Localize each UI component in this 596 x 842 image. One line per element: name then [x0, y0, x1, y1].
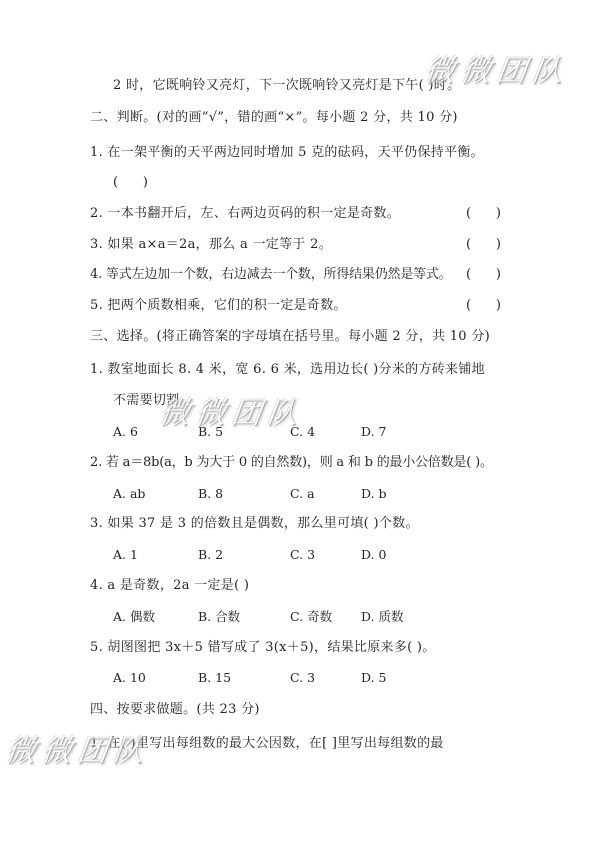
choice-3-option-a: A. 1	[113, 547, 138, 563]
choice-2-option-a: A. ab	[113, 486, 145, 502]
section-3-heading: 三、选择。(将正确答案的字母填在括号里。每小题 2 分，共 10 分)	[90, 329, 490, 345]
choice-5-option-a: A. 10	[113, 670, 146, 686]
judge-item-4-blank: ( )	[466, 267, 501, 283]
watermark-bottom-left: 微微团队	[3, 726, 153, 770]
choice-5-option-c: C. 3	[290, 670, 315, 686]
watermark-top-right: 微微团队	[422, 46, 572, 90]
judge-item-4: 4. 等式左边加一个数，右边减去一个数，所得结果仍然是等式。	[90, 267, 452, 283]
choice-4-option-d: D. 质数	[361, 609, 404, 625]
judge-item-5-blank: ( )	[466, 298, 501, 314]
choice-4-option-b: B. 合数	[198, 609, 240, 625]
watermark-middle: 微微团队	[157, 388, 307, 432]
judge-item-3: 3. 如果 a×a＝2a，那么 a 一定等于 2。	[90, 237, 332, 253]
choice-4-option-c: C. 奇数	[290, 609, 332, 625]
choice-2-option-b: B. 8	[198, 486, 223, 502]
choice-item-4: 4. a 是奇数，2a 一定是( )	[90, 578, 249, 594]
choice-4-option-a: A. 偶数	[113, 609, 155, 625]
section-4-heading: 四、按要求做题。(共 23 分)	[90, 702, 260, 718]
choice-1-option-d: D. 7	[361, 424, 386, 440]
choice-2-option-c: C. a	[290, 486, 315, 502]
judge-item-2-blank: ( )	[466, 206, 501, 222]
choice-3-option-c: C. 3	[290, 547, 315, 563]
choice-item-1: 1. 教室地面长 8. 4 米，宽 6. 6 米，选用边长( )分米的方砖来铺地	[90, 362, 485, 378]
choice-2-option-d: D. b	[361, 486, 387, 502]
judge-item-2: 2. 一本书翻开后，左、右两边页码的积一定是奇数。	[90, 206, 400, 222]
continuation-text: 2 时，它既响铃又亮灯，下一次既响铃又亮灯是下午( )时。	[113, 78, 460, 94]
choice-item-3: 3. 如果 37 是 3 的倍数且是偶数，那么里可填( )个数。	[90, 516, 419, 532]
judge-item-5: 5. 把两个质数相乘，它们的积一定是奇数。	[90, 298, 347, 314]
choice-item-5: 5. 胡图图把 3x＋5 错写成了 3(x＋5)，结果比原来多( )。	[90, 640, 436, 656]
judge-item-1: 1. 在一架平衡的天平两边同时增加 5 克的砝码，天平仍保持平衡。	[90, 145, 484, 161]
choice-3-option-b: B. 2	[198, 547, 223, 563]
choice-5-option-d: D. 5	[361, 670, 386, 686]
choice-item-2: 2. 若 a＝8b(a，b 为大于 0 的自然数)，则 a 和 b 的最小公倍数…	[90, 455, 493, 471]
section-2-heading: 二、判断。(对的画“√”，错的画“×”。每小题 2 分，共 10 分)	[90, 110, 458, 126]
choice-1-option-a: A. 6	[113, 424, 138, 440]
judge-item-1-blank: ( )	[113, 175, 148, 191]
judge-item-3-blank: ( )	[466, 237, 501, 253]
choice-3-option-d: D. 0	[361, 547, 386, 563]
choice-5-option-b: B. 15	[198, 670, 231, 686]
